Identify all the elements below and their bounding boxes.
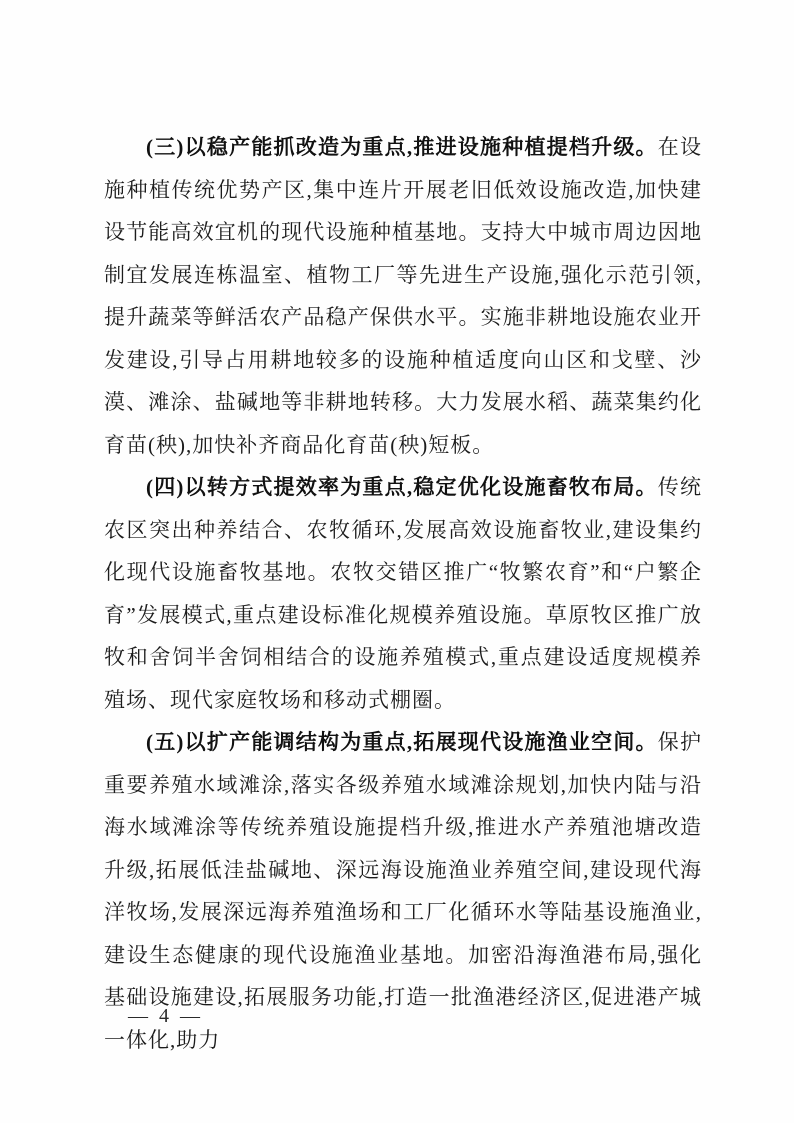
page-number: — 4 — [128,1001,203,1031]
document-body: (三)以稳产能抓改造为重点,推进设施种植提档升级。在设施种植传统优势产区,集中连… [104,126,702,1061]
paragraph-section-4-heading: (四)以转方式提效率为重点,稳定优化设施畜牧布局。 [146,475,658,499]
document-page: (三)以稳产能抓改造为重点,推进设施种植提档升级。在设施种植传统优势产区,集中连… [0,0,794,1123]
paragraph-section-3-heading: (三)以稳产能抓改造为重点,推进设施种植提档升级。 [146,135,658,159]
paragraph-section-5-heading: (五)以扩产能调结构为重点,拓展现代设施渔业空间。 [146,730,658,754]
paragraph-section-4-text: 传统农区突出种养结合、农牧循环,发展高效设施畜牧业,建设集约化现代设施畜牧基地。… [104,475,702,712]
paragraph-section-4: (四)以转方式提效率为重点,稳定优化设施畜牧布局。传统农区突出种养结合、农牧循环… [104,466,702,721]
paragraph-section-3-text: 在设施种植传统优势产区,集中连片开展老旧低效设施改造,加快建设节能高效宜机的现代… [104,135,702,457]
paragraph-section-3: (三)以稳产能抓改造为重点,推进设施种植提档升级。在设施种植传统优势产区,集中连… [104,126,702,466]
